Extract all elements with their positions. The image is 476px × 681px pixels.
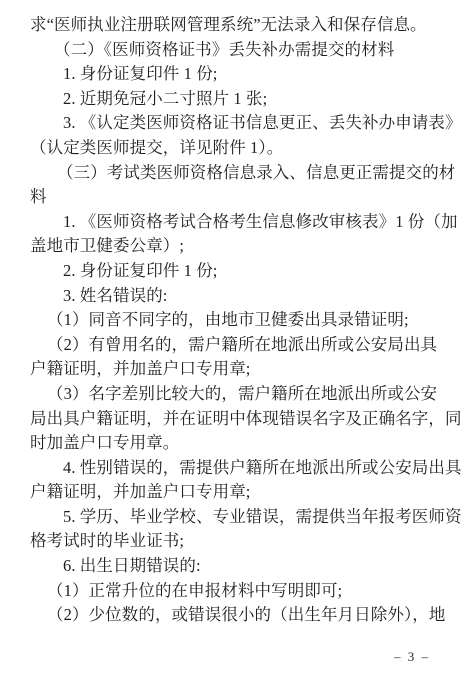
document-line: （1）同音不同字的，由地市卫健委出具录错证明; [30,308,448,333]
document-body: 求“医师执业注册联网管理系统”无法录入和保存信息。（二）《医师资格证书》丢失补办… [30,13,448,628]
document-line: 格考试时的毕业证书; [30,529,448,554]
document-line: 户籍证明，并加盖户口专用章; [30,357,448,382]
document-line: （三）考试类医师资格信息录入、信息更正需提交的材 [30,161,448,186]
document-line: （2）有曾用名的，需户籍所在地派出所或公安局出具 [30,333,448,358]
page-number: – 3 – [394,649,430,665]
document-line: 3. 姓名错误的: [30,284,448,309]
document-page: 求“医师执业注册联网管理系统”无法录入和保存信息。（二）《医师资格证书》丢失补办… [0,0,476,681]
document-line: 求“医师执业注册联网管理系统”无法录入和保存信息。 [30,13,448,38]
document-line: （1）正常升位的在申报材料中写明即可; [30,579,448,604]
document-line: 5. 学历、毕业学校、专业错误，需提供当年报考医师资 [30,505,448,530]
document-line: 局出具户籍证明，并在证明中体现错误名字及正确名字，同 [30,407,448,432]
document-line: 2. 近期免冠小二寸照片 1 张; [30,87,448,112]
document-line: 4. 性别错误的，需提供户籍所在地派出所或公安局出具 [30,456,448,481]
document-line: （3）名字差别比较大的，需户籍所在地派出所或公安 [30,382,448,407]
document-line: （认定类医师提交，详见附件 1）。 [30,136,448,161]
document-line: 1. 《医师资格考试合格考生信息修改审核表》1 份（加 [30,210,448,235]
document-line: （二）《医师资格证书》丢失补办需提交的材料 [30,38,448,63]
document-line: 户籍证明，并加盖户口专用章; [30,480,448,505]
document-line: 6. 出生日期错误的: [30,554,448,579]
document-line: 2. 身份证复印件 1 份; [30,259,448,284]
document-line: 1. 身份证复印件 1 份; [30,62,448,87]
document-line: （2）少位数的，或错误很小的（出生年月日除外），地 [30,603,448,628]
document-line: 3. 《认定类医师资格证书信息更正、丢失补办申请表》 [30,111,448,136]
document-line: 时加盖户口专用章。 [30,431,448,456]
document-line: 盖地市卫健委公章）; [30,234,448,259]
document-line: 料 [30,185,448,210]
